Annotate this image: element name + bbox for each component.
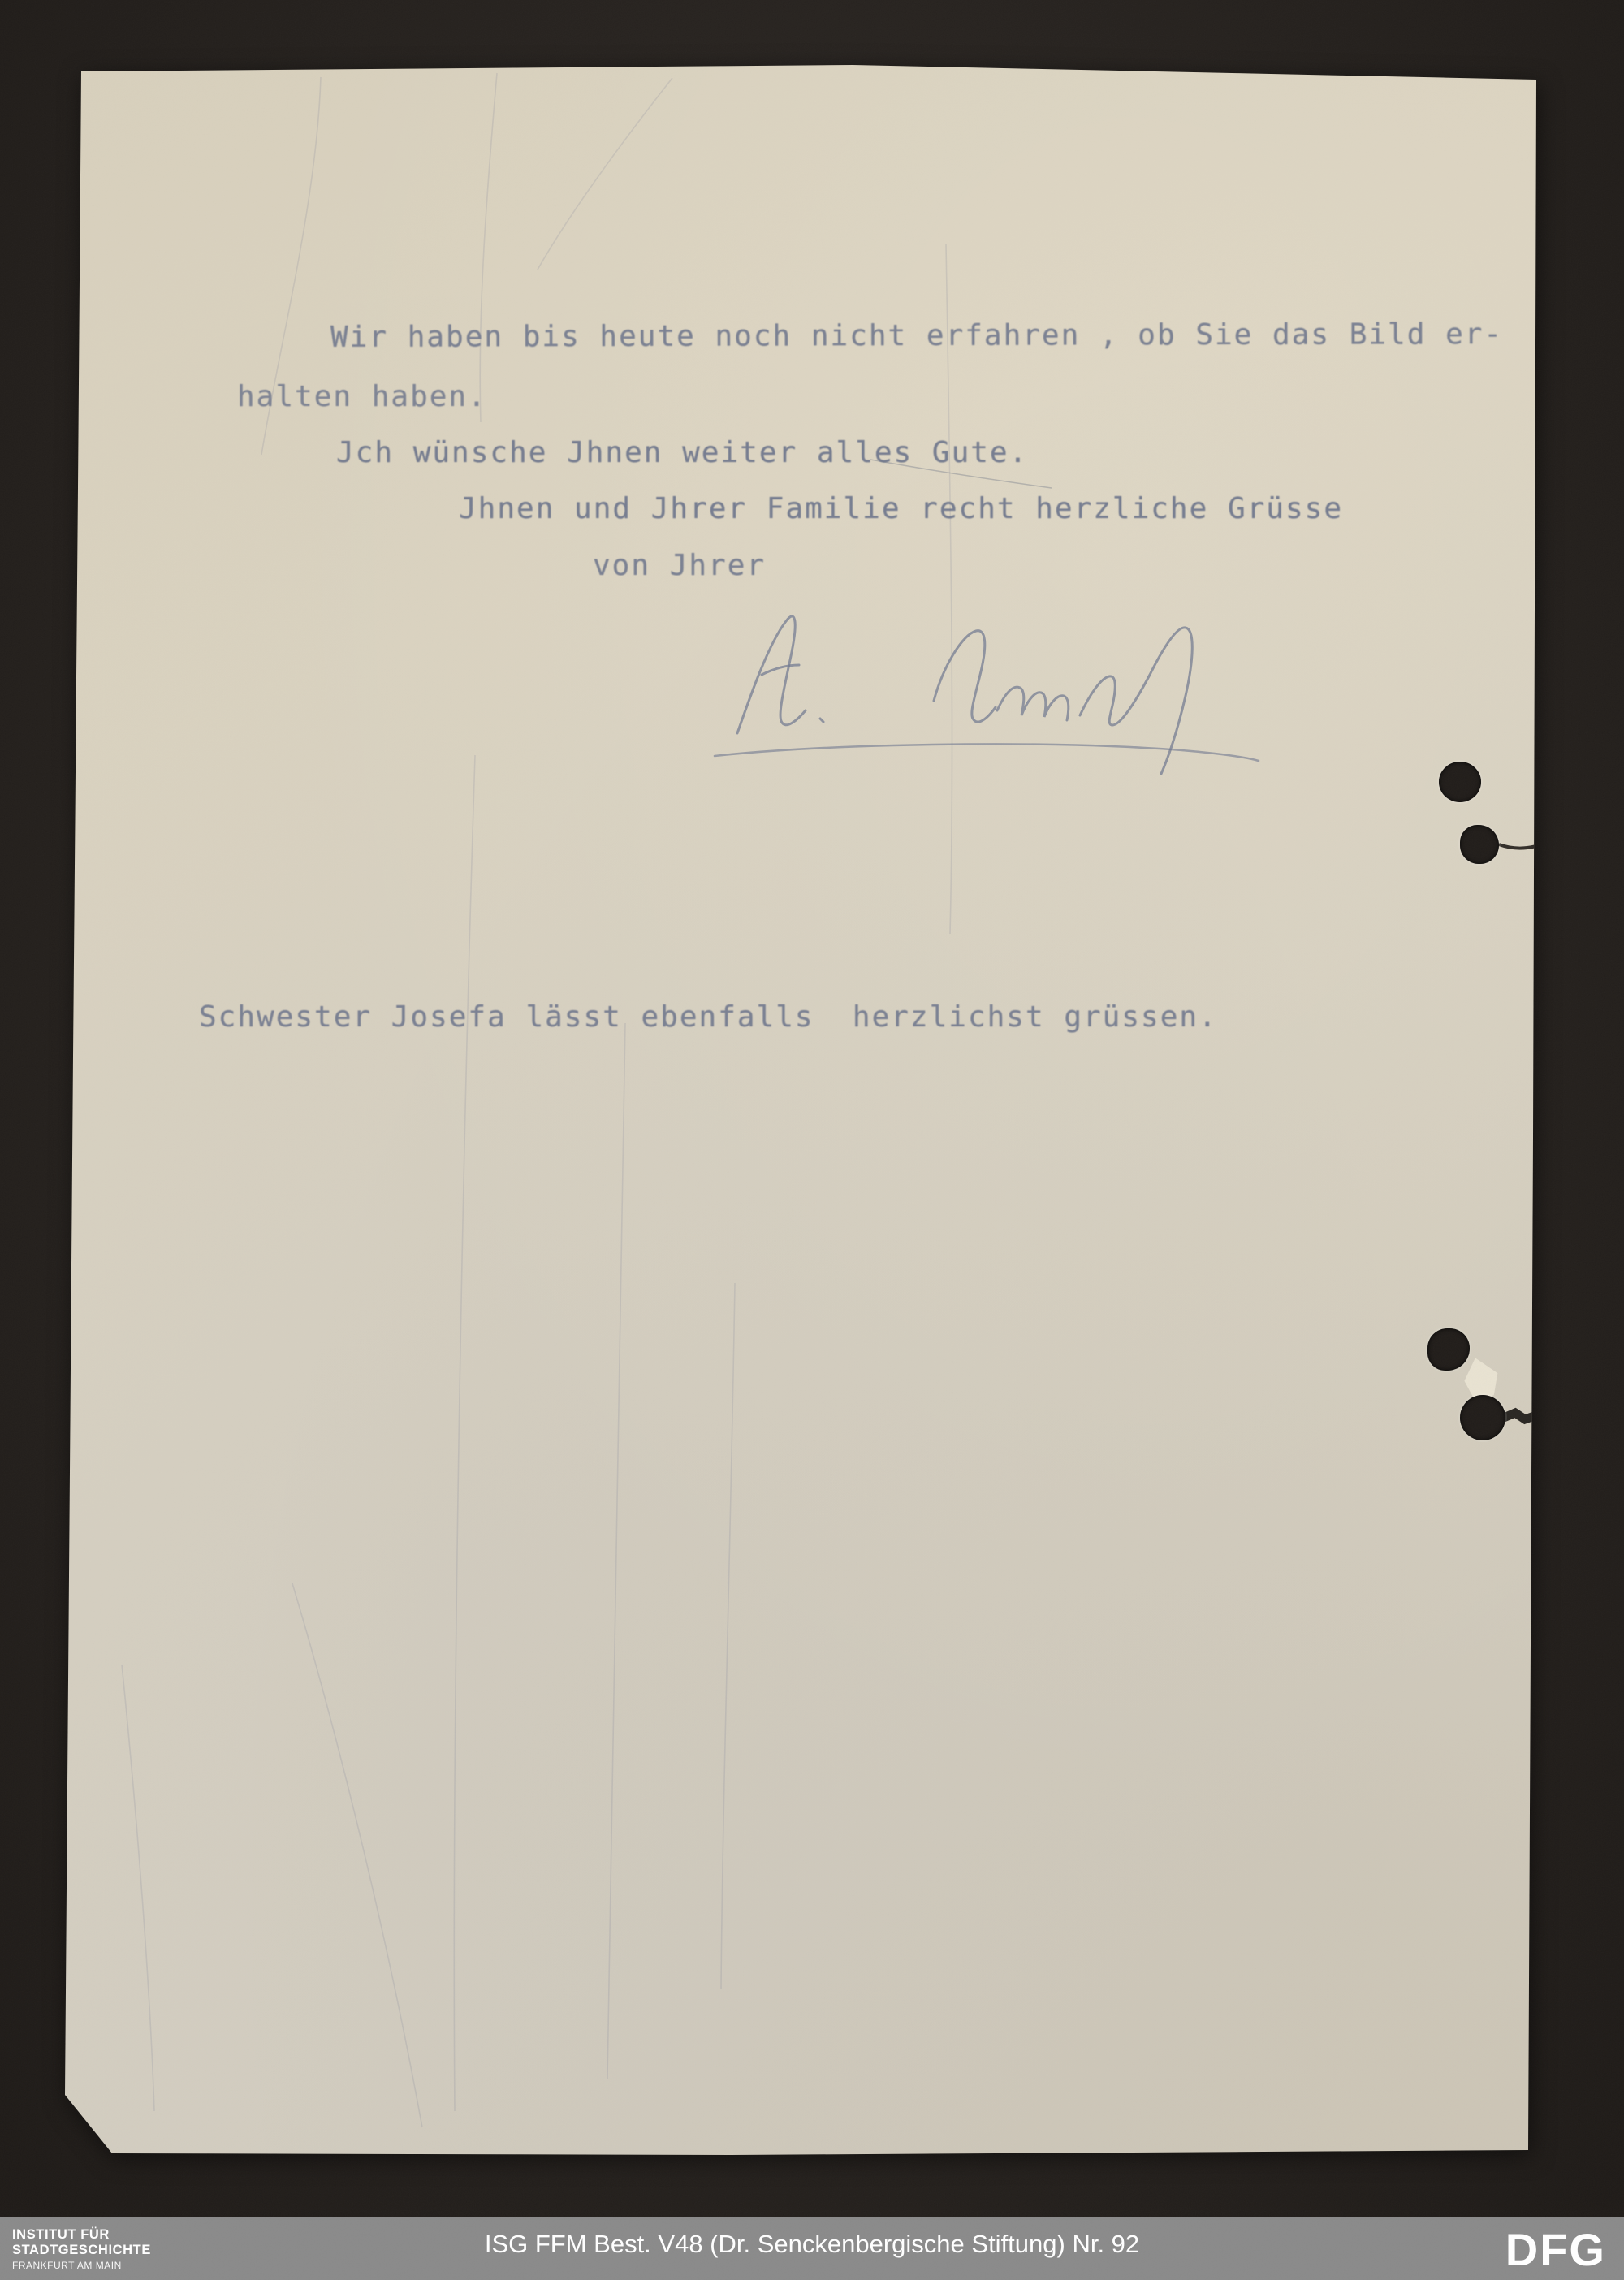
- paper-tear-small: [1499, 844, 1536, 849]
- institute-name-line3: FRANKFURT AM MAIN: [12, 2258, 151, 2274]
- punch-hole-bottom-2: [1460, 1395, 1505, 1440]
- paper-tear-large: [1504, 1413, 1548, 1420]
- letter-page: Wir haben bis heute noch nicht erfahren …: [0, 0, 1624, 2217]
- punch-hole-bottom-1: [1427, 1328, 1470, 1371]
- letter-line-2: halten haben.: [237, 380, 487, 413]
- letter-line-1: Wir haben bis heute noch nicht erfahren …: [330, 317, 1503, 354]
- letter-line-4: Jhnen und Jhrer Familie recht herzliche …: [459, 492, 1343, 525]
- punch-hole-top-2: [1460, 825, 1499, 864]
- letter-line-3: Jch wünsche Jhnen weiter alles Gute.: [336, 436, 1028, 469]
- handwritten-signature: [690, 597, 1275, 792]
- punch-hole-top-1: [1439, 762, 1481, 802]
- letter-line-5: von Jhrer: [593, 549, 766, 582]
- letter-postscript: Schwester Josefa lässt ebenfalls herzlic…: [199, 1000, 1218, 1034]
- institute-name-line2: STADTGESCHICHTE: [12, 2243, 151, 2258]
- institute-name-line1: INSTITUT FÜR: [12, 2227, 151, 2243]
- dfg-logo: DFG: [1505, 2223, 1606, 2276]
- institute-logo-block: INSTITUT FÜR STADTGESCHICHTE FRANKFURT A…: [12, 2227, 151, 2274]
- paper-wrapper: Wir haben bis heute noch nicht erfahren …: [0, 0, 1624, 2280]
- archive-reference-text: ISG FFM Best. V48 (Dr. Senckenbergische …: [485, 2230, 1139, 2259]
